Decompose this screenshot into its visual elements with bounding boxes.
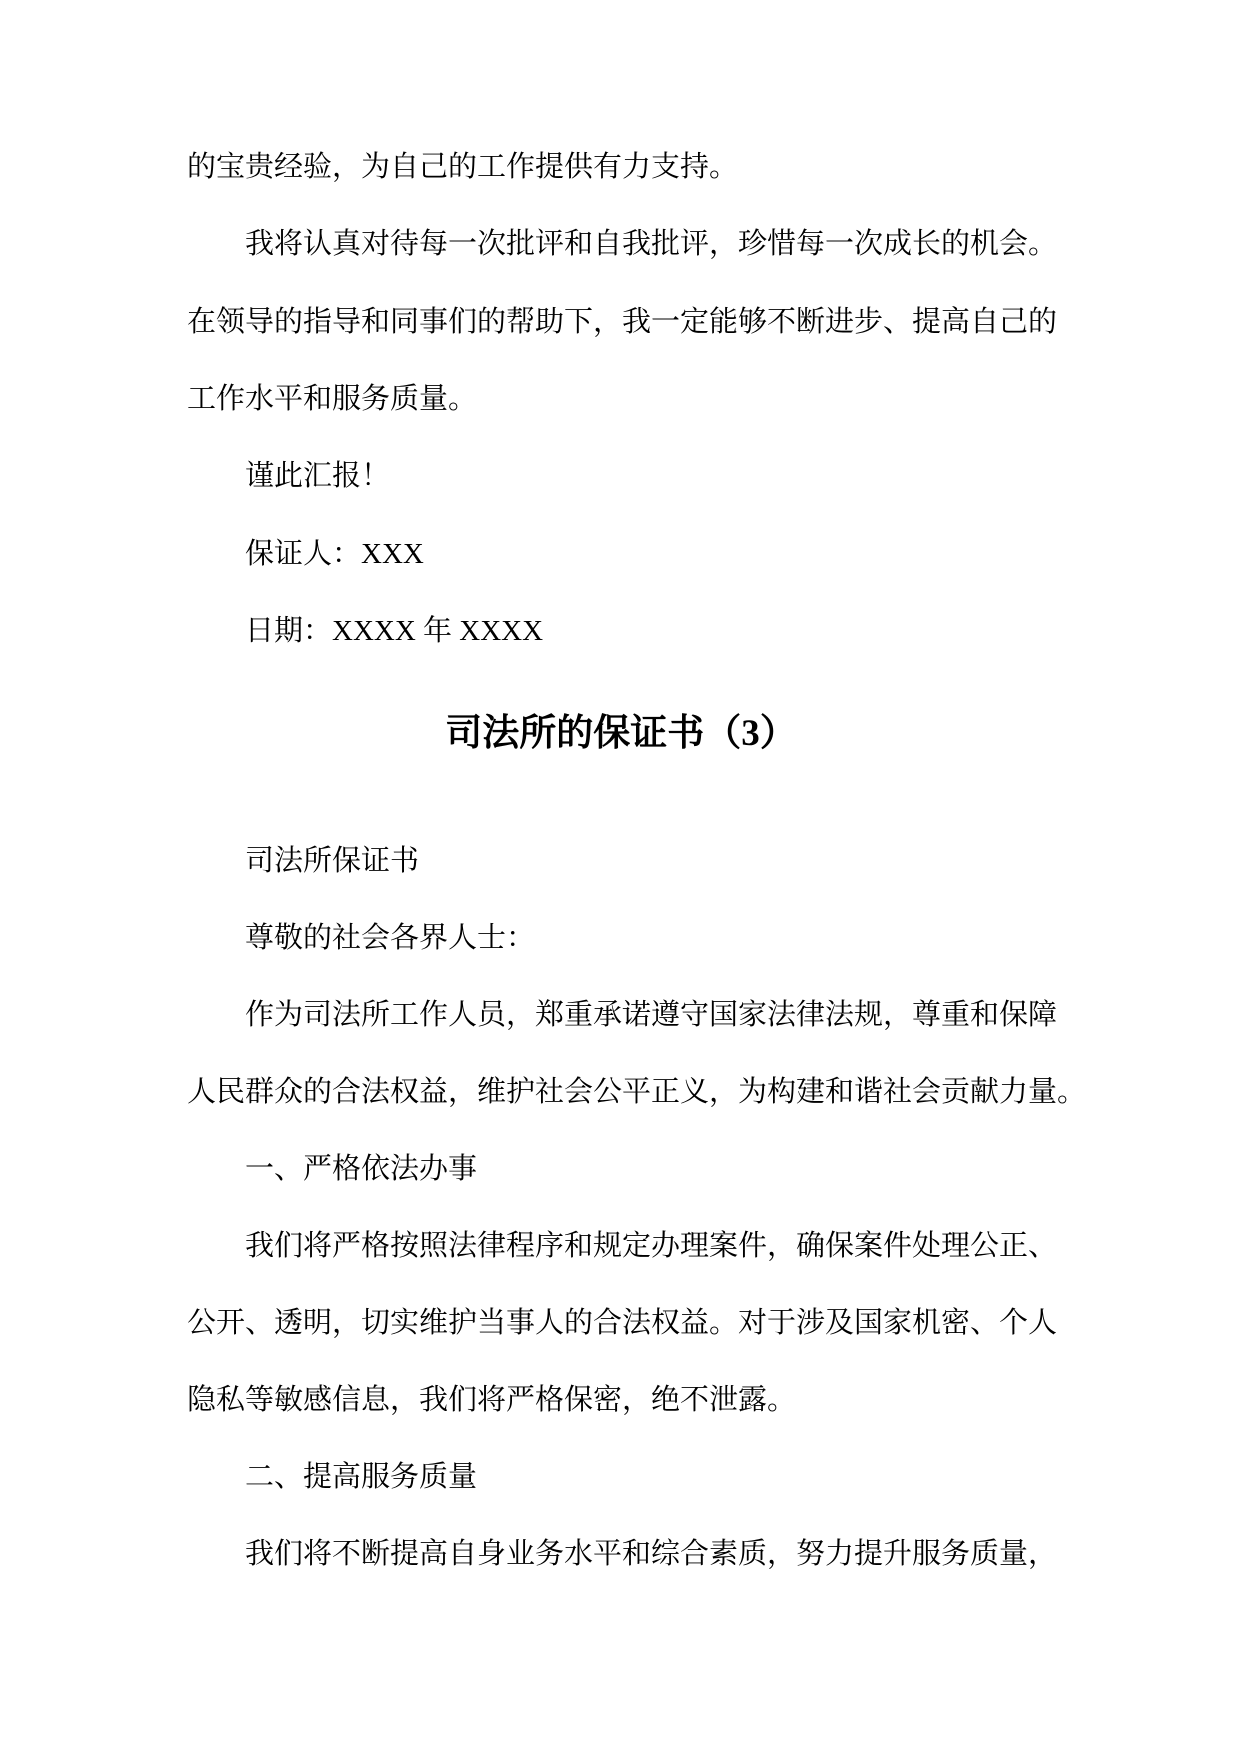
text-line: 人民群众的合法权益，维护社会公平正义，为构建和谐社会贡献力量。 xyxy=(187,1077,1055,1108)
date-line: 日期：XXXX 年 XXXX xyxy=(187,616,1113,647)
text-line: 的宝贵经验，为自己的工作提供有力支持。 xyxy=(187,152,1055,183)
text-line: 我们将不断提高自身业务水平和综合素质，努力提升服务质量， xyxy=(187,1539,1113,1570)
section-title: 司法所的保证书（3） xyxy=(187,714,1055,754)
text-line: 公开、透明，切实维护当事人的合法权益。对于涉及国家机密、个人 xyxy=(187,1308,1055,1339)
text-line: 隐私等敏感信息，我们将严格保密，绝不泄露。 xyxy=(187,1385,1055,1416)
text-line: 工作水平和服务质量。 xyxy=(187,384,1055,415)
salutation-line: 尊敬的社会各界人士： xyxy=(187,923,1113,954)
document-page: 的宝贵经验，为自己的工作提供有力支持。 我将认真对待每一次批评和自我批评，珍惜每… xyxy=(0,0,1241,1754)
text-line: 我将认真对待每一次批评和自我批评，珍惜每一次成长的机会。 xyxy=(187,229,1113,260)
closing-line: 谨此汇报！ xyxy=(187,461,1113,492)
text-line: 作为司法所工作人员，郑重承诺遵守国家法律法规，尊重和保障 xyxy=(187,1000,1113,1031)
list-item-two: 二、提高服务质量 xyxy=(187,1462,1113,1493)
list-item-one: 一、严格依法办事 xyxy=(187,1154,1113,1185)
subtitle-line: 司法所保证书 xyxy=(187,846,1113,877)
text-line: 我们将严格按照法律程序和规定办理案件，确保案件处理公正、 xyxy=(187,1231,1113,1262)
signer-line: 保证人：XXX xyxy=(187,539,1113,570)
text-line: 在领导的指导和同事们的帮助下，我一定能够不断进步、提高自己的 xyxy=(187,307,1055,338)
